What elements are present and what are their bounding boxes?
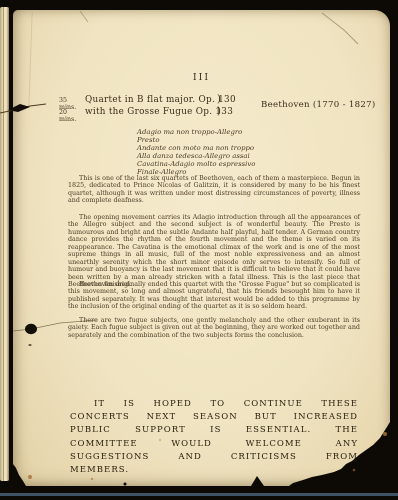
scanned-programme-page: III 35 mins. Quartet in B flat major. Op… [0,0,398,500]
duration-label-2: 20 mins. [59,109,85,123]
body-paragraph-3: Beethoven originally ended this quartet … [68,281,360,311]
body-paragraph-4: There are two fugue subjects, one gently… [68,317,360,339]
brace-glyph-bottom: ) [217,106,221,117]
body-paragraph-1: This is one of the last six quartets of … [68,175,360,205]
brace-glyph-top: ) [217,94,221,105]
paper-page: III 35 mins. Quartet in B flat major. Op… [13,10,390,486]
movement-list: Adagio ma non troppo-Allegro Presto Anda… [137,129,255,176]
page-number: III [13,72,390,83]
composer-label: Beethoven (1770 - 1827) [261,100,376,110]
page-crease [28,12,32,107]
work-title-line-2: with the Grosse Fugue Op. 133 [85,107,233,117]
booklet-binding-edge [0,7,9,481]
edge-notch [390,46,397,54]
support-notice: IT IS HOPED TO CONTINUE THESE CONCERTS N… [70,398,358,477]
work-title-row-2: 20 mins. with the Grosse Fugue Op. 133 [59,107,229,123]
body-paragraph-2: The opening movement carries its Adagio … [68,214,360,289]
work-title-line-1: Quartet in B flat major. Op. 130 [85,95,236,105]
scanner-edge-line [0,493,398,496]
